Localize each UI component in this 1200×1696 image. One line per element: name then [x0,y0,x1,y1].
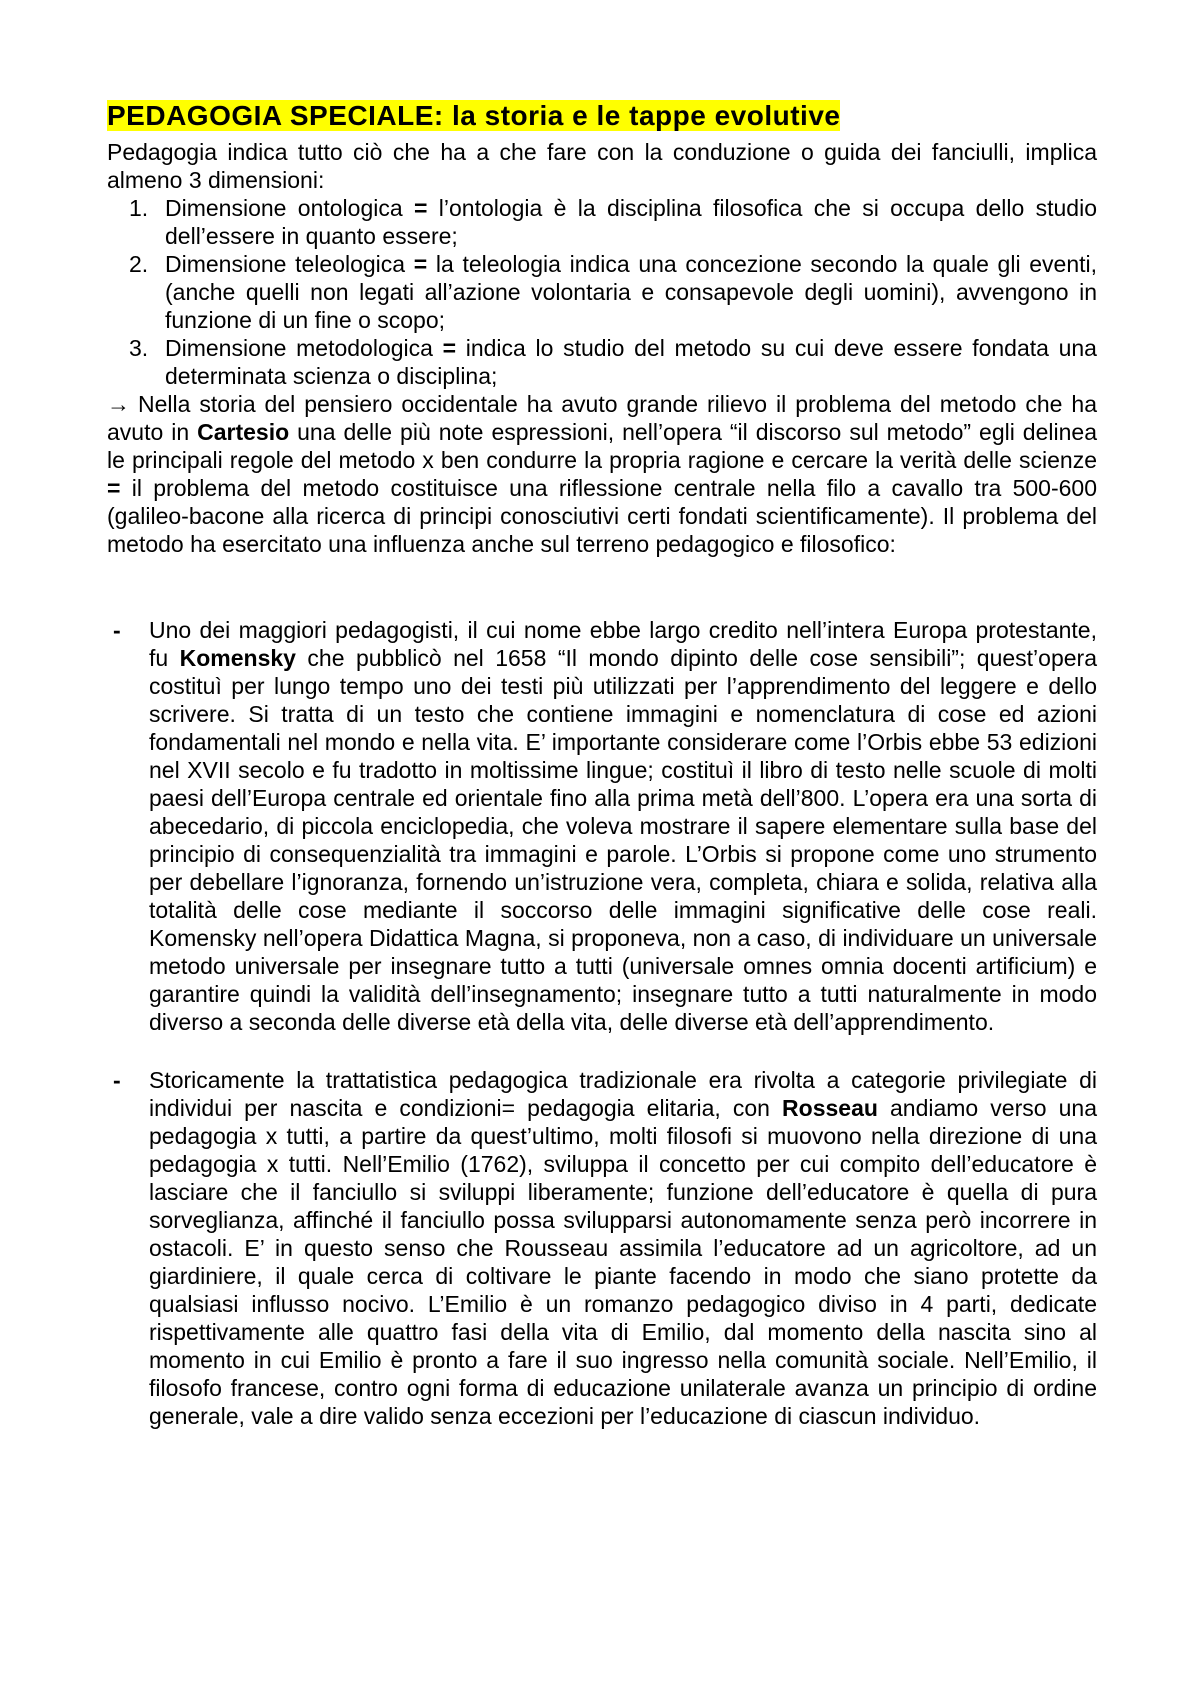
dash-bullet-icon: - [113,1066,121,1094]
numbered-item-text: Dimensione metodologica = indica lo stud… [165,335,1097,389]
numbered-item-text: Dimensione teleologica = la teleologia i… [165,251,1097,333]
bullet-item-rousseau: - Storicamente la trattatistica pedagogi… [107,1066,1097,1430]
bullet-item-text: Uno dei maggiori pedagogisti, il cui nom… [149,617,1097,1035]
right-arrow-icon: → [107,391,130,417]
bullet-list: - Uno dei maggiori pedagogisti, il cui n… [107,616,1097,1430]
list-number: 1. [129,194,148,222]
numbered-item-1: 1. Dimensione ontologica = l’ontologia è… [107,194,1097,250]
intro-paragraph: Pedagogia indica tutto ciò che ha a che … [107,138,1097,194]
bullet-item-komensky: - Uno dei maggiori pedagogisti, il cui n… [107,616,1097,1036]
document-body: Pedagogia indica tutto ciò che ha a che … [107,138,1097,1430]
numbered-list: 1. Dimensione ontologica = l’ontologia è… [107,194,1097,390]
numbered-item-2: 2. Dimensione teleologica = la teleologi… [107,250,1097,334]
arrow-paragraph-text: Nella storia del pensiero occidentale ha… [107,391,1097,557]
numbered-item-text: Dimensione ontologica = l’ontologia è la… [165,195,1097,249]
numbered-item-3: 3. Dimensione metodologica = indica lo s… [107,334,1097,390]
list-number: 2. [129,250,148,278]
document-page: PEDAGOGIA SPECIALE: la storia e le tappe… [0,0,1200,1696]
list-number: 3. [129,334,148,362]
dash-bullet-icon: - [113,616,121,644]
title-row: PEDAGOGIA SPECIALE: la storia e le tappe… [107,96,1097,136]
arrow-paragraph: →Nella storia del pensiero occidentale h… [107,390,1097,558]
page-title: PEDAGOGIA SPECIALE: la storia e le tappe… [107,100,840,131]
bullet-item-text: Storicamente la trattatistica pedagogica… [149,1067,1097,1429]
